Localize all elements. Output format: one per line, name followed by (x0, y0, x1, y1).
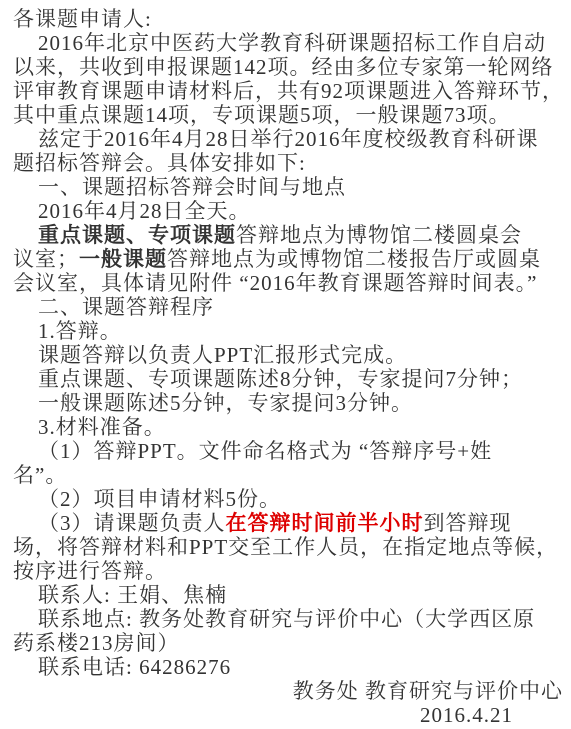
text-segment: 联系人: 王娟、焦楠 (38, 583, 227, 607)
text-segment: 一、课题招标答辩会时间与地点 (38, 175, 346, 199)
contact-address-line: 联系地点: 教务处教育研究与评价中心（大学西区原 (13, 607, 563, 631)
text-segment: 药系楼213房间） (13, 631, 180, 655)
text-segment: （3）请课题负责人 (38, 511, 226, 535)
text-line: 兹定于2016年4月28日举行2016年度校级教育科研课 (13, 127, 563, 151)
section-heading-line: 一、课题招标答辩会时间与地点 (13, 175, 563, 199)
text-segment: 议室； (13, 247, 79, 271)
text-line: （2）项目申请材料5份。 (13, 487, 563, 511)
text-segment: 二、课题答辩程序 (38, 295, 214, 319)
text-line: 按序进行答辩。 (13, 559, 563, 583)
text-segment: 以来，共收到申报课题142项。经由多位专家第一轮网络 (13, 55, 554, 79)
text-segment: 兹定于2016年4月28日举行2016年度校级教育科研课 (38, 127, 539, 151)
text-line: 以来，共收到申报课题142项。经由多位专家第一轮网络 (13, 55, 563, 79)
text-line: 题招标答辩会。具体安排如下: (13, 151, 563, 175)
text-segment: 答辩地点为或博物馆二楼报告厅或圆桌 (167, 247, 541, 271)
text-line: 其中重点课题14项，专项课题5项，一般课题73项。 (13, 103, 563, 127)
text-segment: 评审教育课题申请材料后，共有92项课题进入答辩环节， (13, 79, 564, 103)
text-segment: 题招标答辩会。具体安排如下: (13, 151, 306, 175)
text-segment: 会议室，具体请见附件 “2016年教育课题答辩时间表。” (13, 271, 537, 295)
salutation-line: 各课题申请人: (13, 7, 563, 31)
text-segment: 场，将答辩材料和PPT交至工作人员，在指定地点等候， (13, 535, 558, 559)
text-line: 2016年4月28日全天。 (13, 199, 563, 223)
bold-segment: 重点课题、专项课题 (38, 223, 236, 247)
bold-segment: 一般课题 (79, 247, 167, 271)
text-line: 名”。 (13, 463, 563, 487)
text-segment: 教务处 教育研究与评价中心 (293, 679, 563, 703)
text-line: 重点课题、专项课题答辩地点为博物馆二楼圆桌会 (13, 223, 563, 247)
text-segment: 课题答辩以负责人PPT汇报形式完成。 (38, 343, 407, 367)
text-segment: 其中重点课题14项，专项课题5项，一般课题73项。 (13, 103, 511, 127)
text-segment: 名”。 (13, 463, 67, 487)
text-line: 3.材料准备。 (13, 415, 563, 439)
red-highlight-segment: 在答辩时间前半小时 (226, 511, 424, 535)
text-line: （1）答辩PPT。文件命名格式为 “答辩序号+姓 (13, 439, 563, 463)
text-segment: 到答辩现 (424, 511, 512, 535)
contact-person-line: 联系人: 王娟、焦楠 (13, 583, 563, 607)
text-segment: 2016年4月28日全天。 (38, 199, 251, 223)
text-segment: 联系地点: 教务处教育研究与评价中心（大学西区原 (38, 607, 535, 631)
text-segment: 一般课题陈述5分钟，专家提问3分钟。 (38, 391, 413, 415)
text-segment: 按序进行答辩。 (13, 559, 167, 583)
text-segment: 各课题申请人: (13, 7, 152, 31)
signature-org-line: 教务处 教育研究与评价中心 (13, 679, 563, 703)
text-line: 重点课题、专项课题陈述8分钟，专家提问7分钟； (13, 367, 563, 391)
text-line: 议室；一般课题答辩地点为或博物馆二楼报告厅或圆桌 (13, 247, 563, 271)
text-segment: （1）答辩PPT。文件命名格式为 “答辩序号+姓 (38, 439, 492, 463)
text-line: （3）请课题负责人在答辩时间前半小时到答辩现 (13, 511, 563, 535)
text-segment: 1.答辩。 (38, 319, 122, 343)
section-heading-line: 二、课题答辩程序 (13, 295, 563, 319)
text-segment: 3.材料准备。 (38, 415, 166, 439)
text-segment: 答辩地点为博物馆二楼圆桌会 (236, 223, 522, 247)
text-line: 2016年北京中医药大学教育科研课题招标工作自启动 (13, 31, 563, 55)
text-segment: 2016.4.21 (420, 703, 513, 727)
text-segment: 2016年北京中医药大学教育科研课题招标工作自启动 (38, 31, 546, 55)
text-line: 评审教育课题申请材料后，共有92项课题进入答辩环节， (13, 79, 563, 103)
text-line: 场，将答辩材料和PPT交至工作人员，在指定地点等候， (13, 535, 563, 559)
text-line: 1.答辩。 (13, 319, 563, 343)
text-line: 课题答辩以负责人PPT汇报形式完成。 (13, 343, 563, 367)
text-segment: 联系电话: 64286276 (38, 655, 231, 679)
text-line: 会议室，具体请见附件 “2016年教育课题答辩时间表。” (13, 271, 563, 295)
contact-phone-line: 联系电话: 64286276 (13, 655, 563, 679)
text-segment: 重点课题、专项课题陈述8分钟，专家提问7分钟； (38, 367, 523, 391)
text-segment: （2）项目申请材料5份。 (38, 487, 281, 511)
signature-date-line: 2016.4.21 (13, 703, 563, 727)
contact-address-line: 药系楼213房间） (13, 631, 563, 655)
notice-document: 各课题申请人:2016年北京中医药大学教育科研课题招标工作自启动以来，共收到申报… (0, 0, 571, 729)
text-line: 一般课题陈述5分钟，专家提问3分钟。 (13, 391, 563, 415)
